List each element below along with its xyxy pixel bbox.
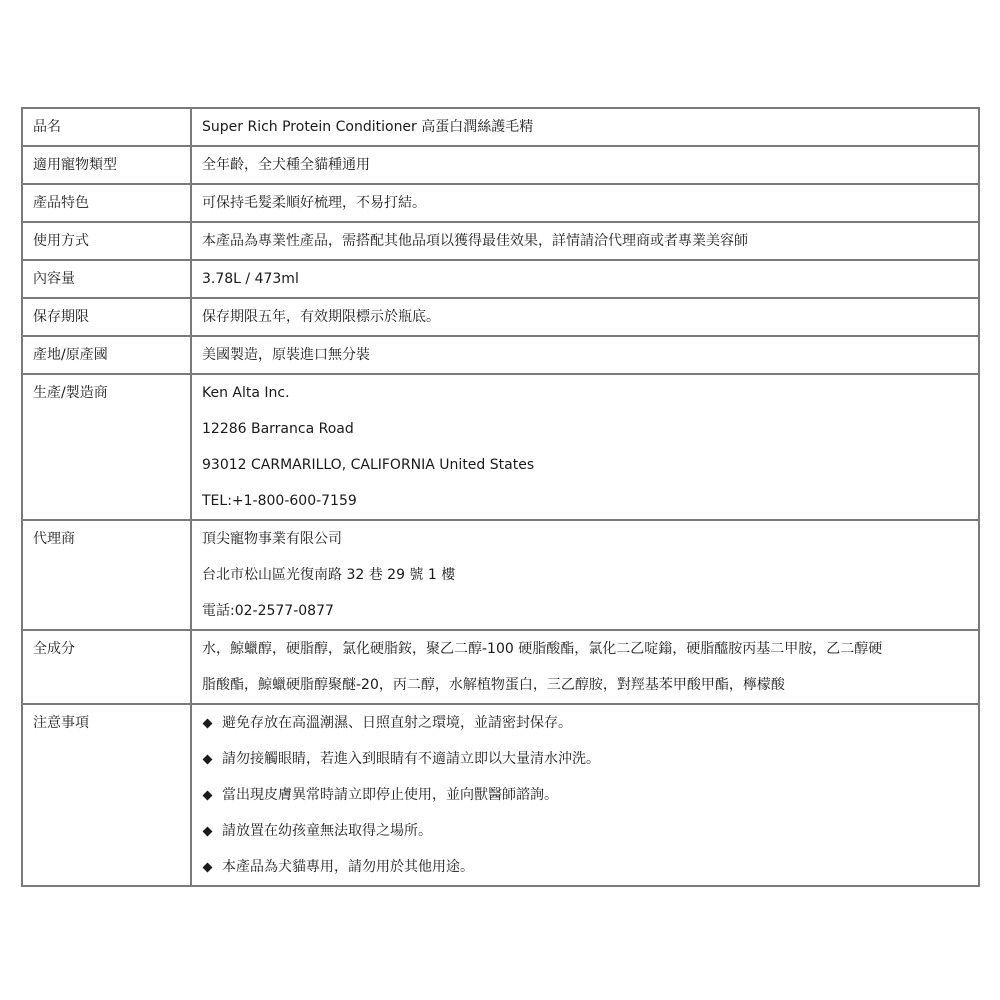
label-features: 產品特色: [22, 184, 191, 222]
manufacturer-city: 93012 CARMARILLO, CALIFORNIA United Stat…: [202, 447, 978, 483]
ingredients-line-2: 脂酸酯，鯨蠟硬脂醇聚醚-20，丙二醇，水解植物蛋白，三乙醇胺，對羥基苯甲酸甲酯，…: [202, 667, 978, 703]
value-ingredients: 水，鯨蠟醇，硬脂醇，氯化硬脂銨，聚乙二醇-100 硬脂酸酯，氯化二乙啶鎓，硬脂醯…: [191, 630, 979, 704]
precaution-item: 避免存放在高溫潮濕、日照直射之環境，並請密封保存。: [202, 705, 978, 741]
ingredients-line-1: 水，鯨蠟醇，硬脂醇，氯化硬脂銨，聚乙二醇-100 硬脂酸酯，氯化二乙啶鎓，硬脂醯…: [202, 631, 978, 667]
row-ingredients: 全成分 水，鯨蠟醇，硬脂醇，氯化硬脂銨，聚乙二醇-100 硬脂酸酯，氯化二乙啶鎓…: [22, 630, 979, 704]
label-product-name: 品名: [22, 108, 191, 146]
diamond-bullet-icon: [203, 754, 213, 764]
label-origin: 產地/原產國: [22, 336, 191, 374]
row-usage: 使用方式 本產品為專業性產品，需搭配其他品項以獲得最佳效果，詳情請洽代理商或者專…: [22, 222, 979, 260]
value-distributor: 頂尖寵物事業有限公司 台北市松山區光復南路 32 巷 29 號 1 樓 電話:0…: [191, 520, 979, 630]
precaution-item: 本產品為犬貓專用，請勿用於其他用途。: [202, 849, 978, 885]
value-precautions: 避免存放在高溫潮濕、日照直射之環境，並請密封保存。 請勿接觸眼睛，若進入到眼睛有…: [191, 704, 979, 886]
precaution-item: 請放置在幼孩童無法取得之場所。: [202, 813, 978, 849]
distributor-address: 台北市松山區光復南路 32 巷 29 號 1 樓: [202, 557, 978, 593]
label-precautions: 注意事項: [22, 704, 191, 886]
distributor-phone: 電話:02-2577-0877: [202, 593, 978, 629]
value-product-name: Super Rich Protein Conditioner 高蛋白潤絲護毛精: [191, 108, 979, 146]
value-volume: 3.78L / 473ml: [191, 260, 979, 298]
row-shelf-life: 保存期限 保存期限五年，有效期限標示於瓶底。: [22, 298, 979, 336]
label-ingredients: 全成分: [22, 630, 191, 704]
row-pet-type: 適用寵物類型 全年齡，全犬種全貓種通用: [22, 146, 979, 184]
value-shelf-life: 保存期限五年，有效期限標示於瓶底。: [191, 298, 979, 336]
manufacturer-street: 12286 Barranca Road: [202, 411, 978, 447]
label-manufacturer: 生產/製造商: [22, 374, 191, 520]
row-features: 產品特色 可保持毛髮柔順好梳理，不易打結。: [22, 184, 979, 222]
value-manufacturer: Ken Alta Inc. 12286 Barranca Road 93012 …: [191, 374, 979, 520]
label-distributor: 代理商: [22, 520, 191, 630]
precaution-item: 當出現皮膚異常時請立即停止使用，並向獸醫師諮詢。: [202, 777, 978, 813]
row-product-name: 品名 Super Rich Protein Conditioner 高蛋白潤絲護…: [22, 108, 979, 146]
product-spec-table: 品名 Super Rich Protein Conditioner 高蛋白潤絲護…: [21, 107, 980, 887]
row-volume: 內容量 3.78L / 473ml: [22, 260, 979, 298]
row-origin: 產地/原產國 美國製造，原裝進口無分裝: [22, 336, 979, 374]
value-origin: 美國製造，原裝進口無分裝: [191, 336, 979, 374]
diamond-bullet-icon: [203, 790, 213, 800]
diamond-bullet-icon: [203, 862, 213, 872]
precaution-item: 請勿接觸眼睛，若進入到眼睛有不適請立即以大量清水沖洗。: [202, 741, 978, 777]
label-volume: 內容量: [22, 260, 191, 298]
diamond-bullet-icon: [203, 718, 213, 728]
row-manufacturer: 生產/製造商 Ken Alta Inc. 12286 Barranca Road…: [22, 374, 979, 520]
diamond-bullet-icon: [203, 826, 213, 836]
value-pet-type: 全年齡，全犬種全貓種通用: [191, 146, 979, 184]
label-usage: 使用方式: [22, 222, 191, 260]
manufacturer-phone: TEL:+1-800-600-7159: [202, 483, 978, 519]
row-distributor: 代理商 頂尖寵物事業有限公司 台北市松山區光復南路 32 巷 29 號 1 樓 …: [22, 520, 979, 630]
value-features: 可保持毛髮柔順好梳理，不易打結。: [191, 184, 979, 222]
label-pet-type: 適用寵物類型: [22, 146, 191, 184]
manufacturer-name: Ken Alta Inc.: [202, 375, 978, 411]
value-usage: 本產品為專業性產品，需搭配其他品項以獲得最佳效果，詳情請洽代理商或者專業美容師: [191, 222, 979, 260]
row-precautions: 注意事項 避免存放在高溫潮濕、日照直射之環境，並請密封保存。 請勿接觸眼睛，若進…: [22, 704, 979, 886]
distributor-name: 頂尖寵物事業有限公司: [202, 521, 978, 557]
label-shelf-life: 保存期限: [22, 298, 191, 336]
